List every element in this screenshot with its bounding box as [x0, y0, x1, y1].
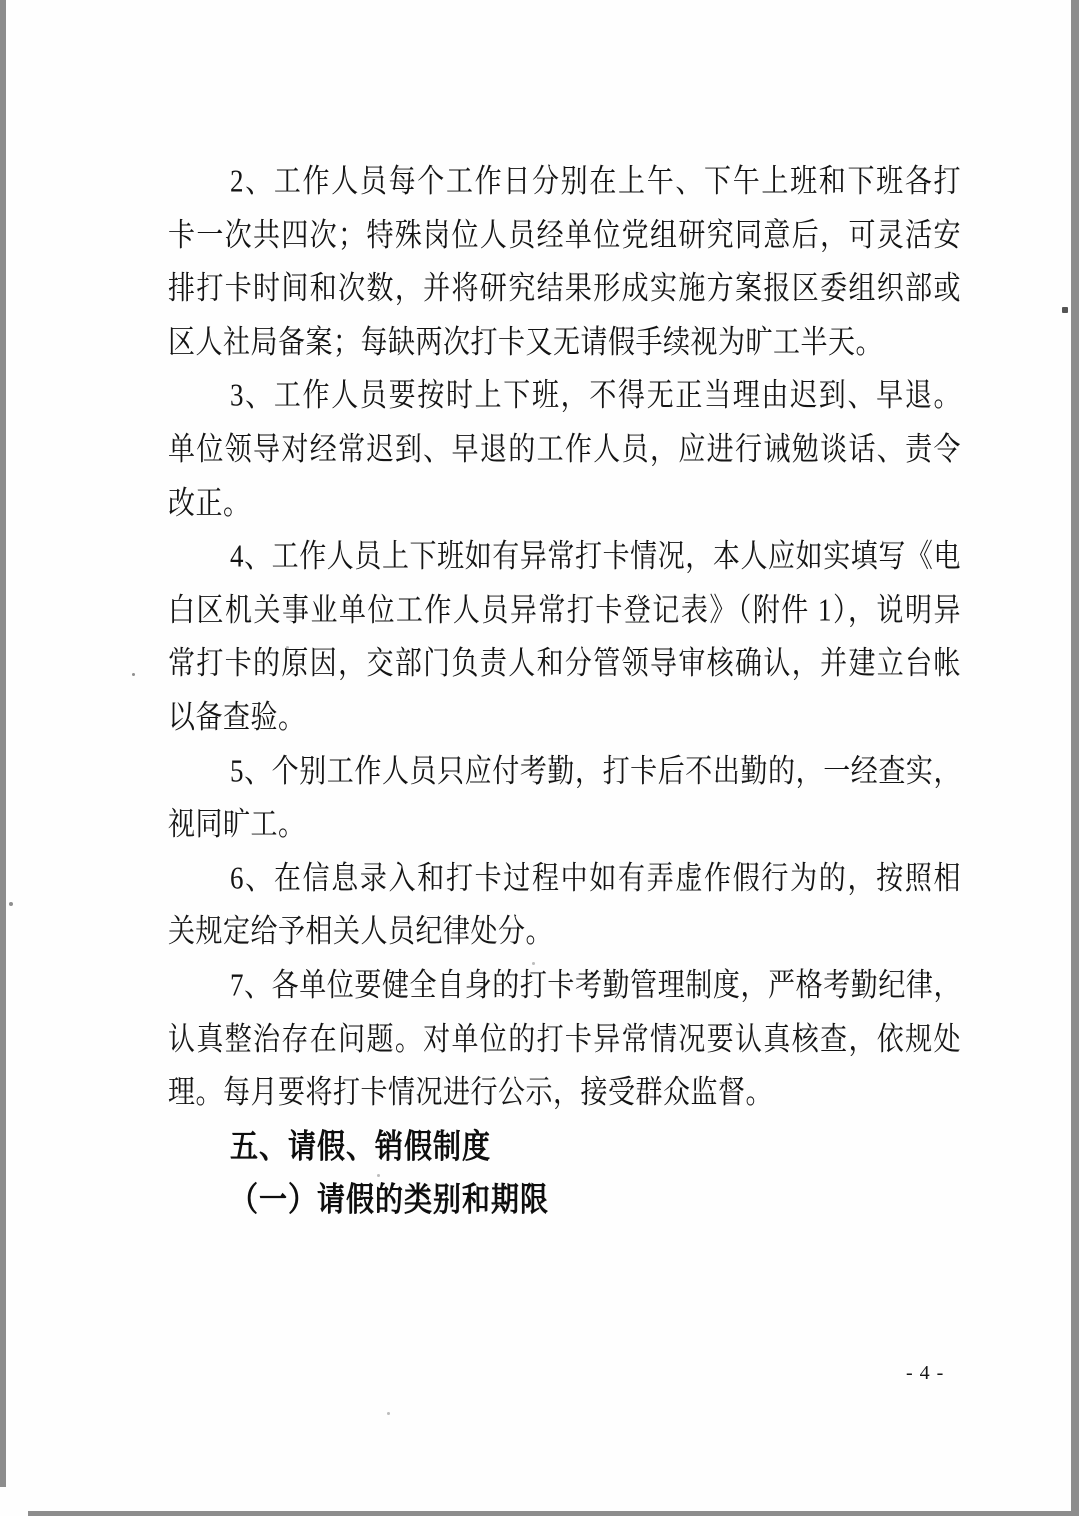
doc-body: 2、工作人员每个工作日分别在上午、下午上班和下班各打卡一次共四次；特殊岗位人员经…	[168, 155, 961, 1227]
scan-speck	[377, 1174, 380, 1177]
page-number: - 4 -	[906, 1362, 962, 1385]
scan-edge-left	[0, 0, 6, 1487]
scan-speck	[286, 646, 289, 649]
scan-speck	[1062, 307, 1068, 313]
scan-speck	[532, 962, 535, 965]
scan-speck	[132, 673, 135, 676]
scan-speck	[387, 1412, 390, 1415]
heading-line: （一）请假的类别和期限	[168, 1168, 961, 1231]
scan-edge-right	[1071, 0, 1079, 1516]
scan-speck	[9, 902, 13, 906]
scan-edge-bottom	[28, 1511, 1079, 1516]
document-page: 2、工作人员每个工作日分别在上午、下午上班和下班各打卡一次共四次；特殊岗位人员经…	[0, 0, 1079, 1516]
